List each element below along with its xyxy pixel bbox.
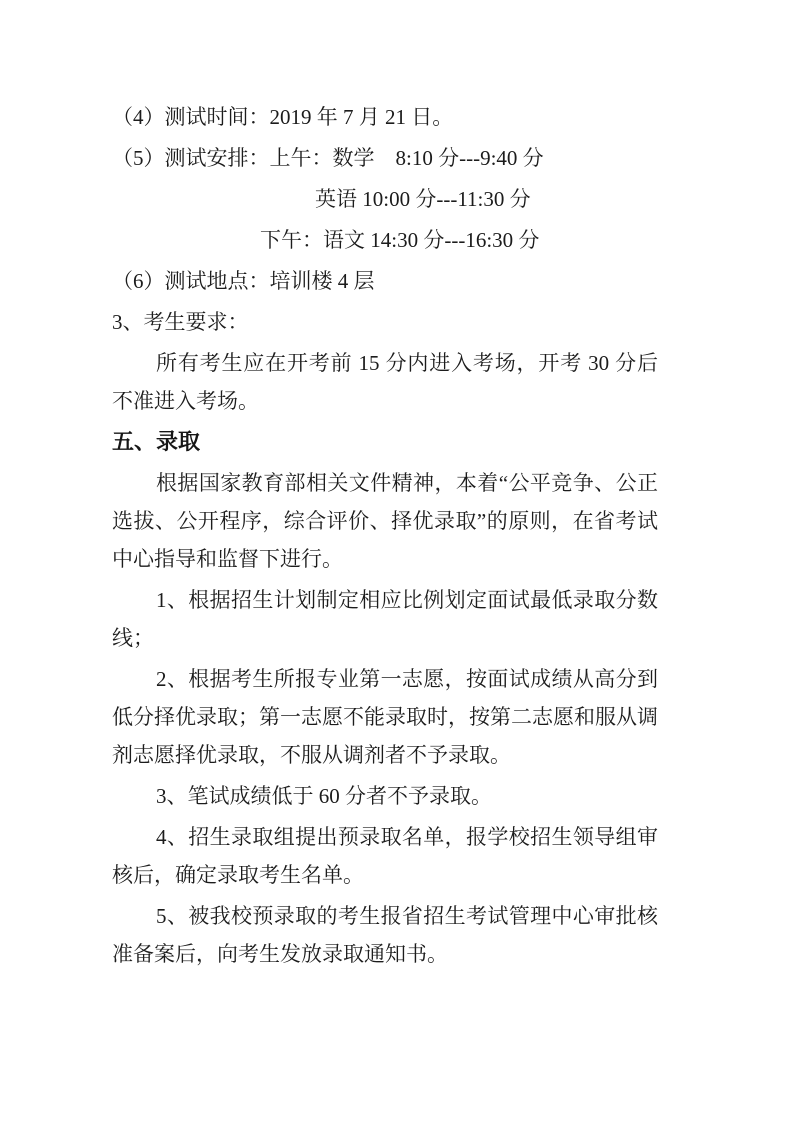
admission-rule-item-3: 3、笔试成绩低于 60 分者不予录取。 <box>112 777 658 815</box>
admission-rule-item-5: 5、被我校预录取的考生报省招生考试管理中心审批核准备案后，向考生发放录取通知书。 <box>112 897 658 973</box>
test-location-line: （6）测试地点：培训楼 4 层 <box>112 262 658 300</box>
test-schedule-line: （5）测试安排：上午：数学 8:10 分---9:40 分 <box>112 139 658 177</box>
test-time-line: （4）测试时间：2019 年 7 月 21 日。 <box>112 98 658 136</box>
admission-intro-paragraph: 根据国家教育部相关文件精神，本着“公平竞争、公正选拔、公开程序，综合评价、择优录… <box>112 464 658 578</box>
document-page: （4）测试时间：2019 年 7 月 21 日。 （5）测试安排：上午：数学 8… <box>0 0 793 1122</box>
admission-rule-item-2: 2、根据考生所报专业第一志愿，按面试成绩从高分到低分择优录取；第一志愿不能录取时… <box>112 660 658 774</box>
admission-section-heading: 五、录取 <box>112 423 658 461</box>
candidate-requirements-body: 所有考生应在开考前 15 分内进入考场，开考 30 分后不准进入考场。 <box>112 344 658 420</box>
admission-rule-item-1: 1、根据招生计划制定相应比例划定面试最低录取分数线； <box>112 581 658 657</box>
candidate-requirements-heading: 3、考生要求： <box>112 303 658 341</box>
admission-rule-item-4: 4、招生录取组提出预录取名单，报学校招生领导组审核后，确定录取考生名单。 <box>112 818 658 894</box>
schedule-english-line: 英语 10:00 分---11:30 分 <box>112 180 658 218</box>
schedule-afternoon-line: 下午：语文 14:30 分---16:30 分 <box>112 221 658 259</box>
